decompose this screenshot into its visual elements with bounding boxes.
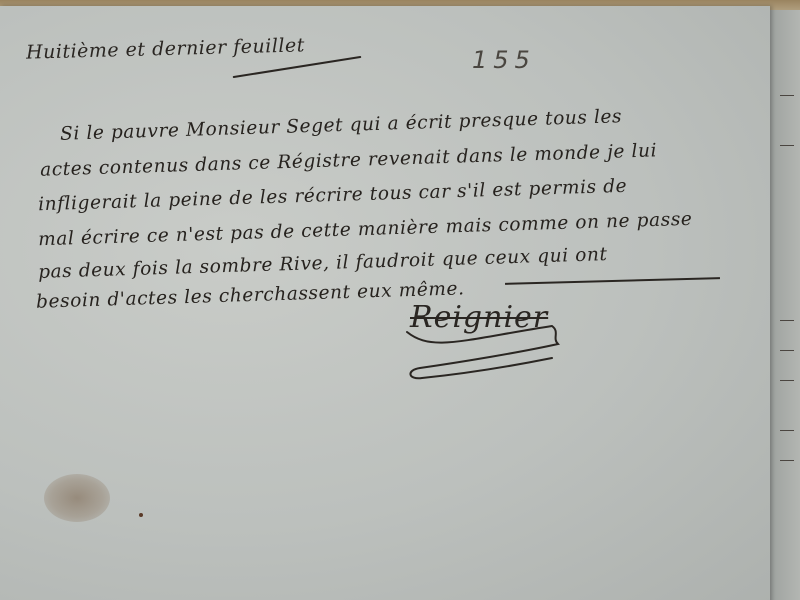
page-number: 155	[472, 46, 536, 74]
margin-mark	[780, 145, 794, 146]
margin-mark	[780, 430, 794, 431]
margin-mark	[780, 350, 794, 351]
ink-speck	[139, 513, 143, 517]
margin-mark	[780, 460, 794, 461]
signature-flourish	[402, 322, 562, 382]
margin-mark	[780, 380, 794, 381]
margin-mark	[780, 320, 794, 321]
underlying-page-edge	[770, 10, 800, 600]
ink-stain	[44, 474, 110, 522]
margin-mark	[780, 95, 794, 96]
